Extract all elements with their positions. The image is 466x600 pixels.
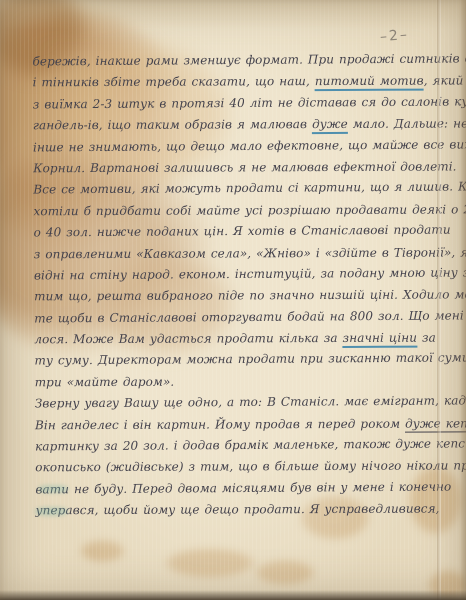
handwritten-text: Все се мотиви, які можуть продати сі кар… [33,180,466,197]
paper-spot [255,560,315,585]
handwritten-text: лося. Може Вам удасться продати кілька з… [34,331,342,346]
handwritten-line: і тінників збіте треба сказати, що наш, … [33,71,447,94]
handwritten-line: Все се мотиви, які можуть продати сі кар… [33,177,447,201]
handwritten-line: три «майте даром». [35,370,449,393]
handwritten-text: те щоби в Станіславові оторгувати бодай … [34,308,466,325]
handwritten-line: те щоби в Станіславові оторгувати бодай … [34,305,448,329]
handwritten-text: , який [424,74,464,88]
handwritten-line: відні на стіну народ. економ. інституцій… [34,262,448,286]
handwritten-line: о 40 зол. нижче поданих цін. Я хотів в С… [34,220,448,244]
handwritten-text: тим що, решта вибраного піде по значно н… [34,288,466,304]
handwritten-text: бережів, інакше рами зменшує формат. При… [32,51,466,68]
handwritten-text: Зверну увагу Вашу ще одно, а то: В Стані… [35,393,466,410]
handwritten-text: з виїмка 2-3 штук в протязі 40 літ не ді… [33,94,466,111]
handwritten-text: інше не знимають, що дещо мало ефектовне… [33,137,466,154]
handwritten-text: Корнил. Вартанові залишивсь я не малював… [33,159,456,175]
handwritten-text: три «майте даром». [35,375,175,390]
handwritten-text: мало. Дальше: нехай [348,116,466,131]
handwritten-line: ту суму. Директорам можна продати при зи… [34,348,448,372]
handwritten-text: окописько (жидівське) з тим, що в більше… [35,459,466,475]
paper-edge-shadow [0,590,466,600]
handwritten-text: хотіли б придбати собі майте усі розріша… [33,202,466,218]
page-number: –2– [379,27,409,45]
handwritten-line: Корнил. Вартанові залишивсь я не малював… [33,156,447,179]
handwritten-text: гандель-ів, іщо таким образів я малював [33,117,312,132]
paper-spot [428,570,466,600]
handwritten-text-block: бережів, інакше рами зменшує формат. При… [32,49,449,522]
manuscript-page-photo: –2– бережів, інакше рами зменшує формат.… [0,0,466,600]
handwritten-line: тим що, решта вибраного піде по значно н… [34,285,448,308]
handwritten-line: інше не знимають, що дещо мало ефектовне… [33,134,447,158]
underlined-text: дуже кепську [405,416,466,432]
handwritten-text: за [417,331,436,345]
underlined-text: питомий мотив [315,74,424,91]
handwritten-text: і тінників збіте треба сказати, що наш, [33,74,315,89]
handwritten-line: з виїмка 2-3 штук в протязі 40 літ не ді… [33,91,447,115]
handwritten-text: Він ганделес і він картин. Йому продав я… [35,416,405,432]
handwritten-line: Зверну увагу Вашу ще одно, а то: В Стані… [35,391,449,415]
handwritten-text: відні на стіну народ. економ. інституцій… [34,265,466,282]
paper-spot [165,548,255,578]
handwritten-line: Він ганделес і він картин. Йому продав я… [35,413,449,436]
handwritten-text: ту суму. Директорам можна продати при зи… [34,351,466,368]
handwritten-line: картинку за 20 зол. і додав брамік мален… [35,434,449,458]
handwritten-line: бережів, інакше рами зменшує формат. При… [32,49,446,73]
handwritten-line: гандель-ів, іщо таким образів я малював … [33,114,447,137]
handwritten-line: уперався, щоби йому ще дещо продати. Я у… [36,499,450,522]
handwritten-text: з оправленими «Кавказом села», «Жніво» і… [34,245,466,261]
handwritten-text: вати не буду. Перед двома місяцями був в… [35,479,451,496]
handwritten-text: картинку за 20 зол. і додав брамік мален… [35,436,466,453]
handwritten-text: о 40 зол. нижче поданих цін. Я хотів в С… [34,223,451,240]
paper-spot [80,540,125,562]
handwritten-text: уперався, щоби йому ще дещо продати. Я у… [36,502,440,518]
handwritten-line: окописько (жидівське) з тим, що в більше… [35,456,449,479]
handwritten-line: з оправленими «Кавказом села», «Жніво» і… [34,242,448,265]
underlined-text: значні ціни [342,331,417,348]
underlined-text: дуже [312,117,348,134]
handwritten-line: лося. Може Вам удасться продати кілька з… [34,328,448,351]
handwritten-line: хотіли б придбати собі майте усі розріша… [33,199,447,222]
handwritten-line: вати не буду. Перед двома місяцями був в… [35,476,449,500]
